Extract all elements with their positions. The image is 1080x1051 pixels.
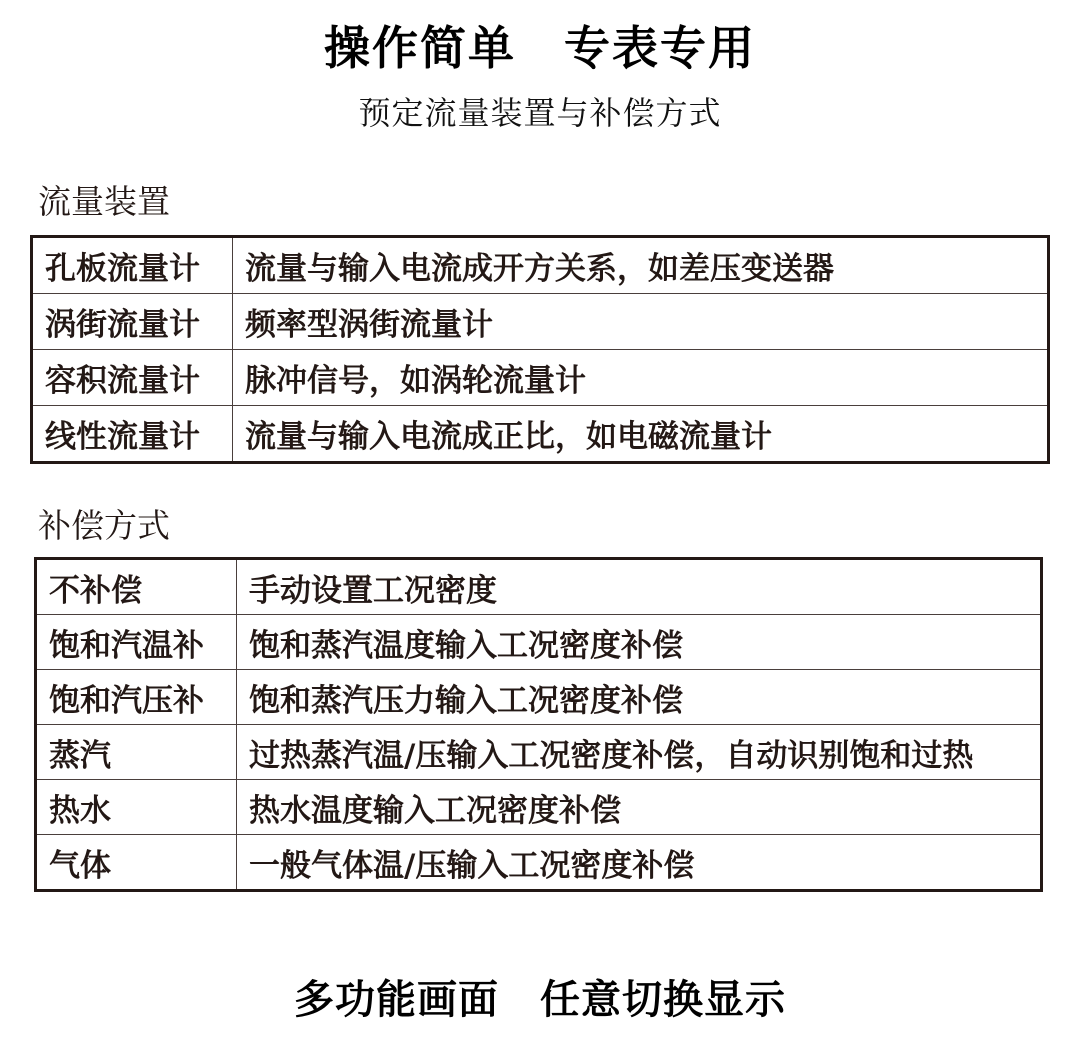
compensation-heading: 补偿方式 [38, 500, 170, 547]
table-row: 孔板流量计 流量与输入电流成开方关系，如差压变送器 [32, 237, 1049, 294]
mode-desc: 饱和蒸汽温度输入工况密度补偿 [237, 615, 1042, 670]
mode-name: 饱和汽温补 [36, 615, 237, 670]
mode-name: 不补偿 [36, 559, 237, 615]
device-name: 线性流量计 [32, 406, 233, 463]
mode-desc: 一般气体温/压输入工况密度补偿 [237, 835, 1042, 891]
table-row: 线性流量计 流量与输入电流成正比，如电磁流量计 [32, 406, 1049, 463]
mode-name: 饱和汽压补 [36, 670, 237, 725]
mode-desc: 手动设置工况密度 [237, 559, 1042, 615]
table-row: 不补偿 手动设置工况密度 [36, 559, 1042, 615]
device-desc: 流量与输入电流成开方关系，如差压变送器 [233, 237, 1049, 294]
mode-name: 热水 [36, 780, 237, 835]
device-name: 容积流量计 [32, 350, 233, 406]
device-desc: 流量与输入电流成正比，如电磁流量计 [233, 406, 1049, 463]
device-desc: 脉冲信号，如涡轮流量计 [233, 350, 1049, 406]
table-row: 热水 热水温度输入工况密度补偿 [36, 780, 1042, 835]
table-row: 饱和汽温补 饱和蒸汽温度输入工况密度补偿 [36, 615, 1042, 670]
table-row: 气体 一般气体温/压输入工况密度补偿 [36, 835, 1042, 891]
footer-title: 多功能画面 任意切换显示 [0, 968, 1080, 1025]
flow-devices-heading: 流量装置 [38, 176, 170, 223]
compensation-table: 不补偿 手动设置工况密度 饱和汽温补 饱和蒸汽温度输入工况密度补偿 饱和汽压补 … [34, 557, 1043, 892]
mode-name: 气体 [36, 835, 237, 891]
page-subtitle: 预定流量装置与补偿方式 [0, 88, 1080, 134]
table-row: 蒸汽 过热蒸汽温/压输入工况密度补偿，自动识别饱和过热 [36, 725, 1042, 780]
mode-desc: 过热蒸汽温/压输入工况密度补偿，自动识别饱和过热 [237, 725, 1042, 780]
table-row: 容积流量计 脉冲信号，如涡轮流量计 [32, 350, 1049, 406]
device-name: 涡街流量计 [32, 294, 233, 350]
mode-name: 蒸汽 [36, 725, 237, 780]
table-row: 饱和汽压补 饱和蒸汽压力输入工况密度补偿 [36, 670, 1042, 725]
page-title: 操作简单 专表专用 [0, 12, 1080, 78]
table-row: 涡街流量计 频率型涡街流量计 [32, 294, 1049, 350]
device-name: 孔板流量计 [32, 237, 233, 294]
flow-devices-table: 孔板流量计 流量与输入电流成开方关系，如差压变送器 涡街流量计 频率型涡街流量计… [30, 235, 1050, 464]
device-desc: 频率型涡街流量计 [233, 294, 1049, 350]
mode-desc: 热水温度输入工况密度补偿 [237, 780, 1042, 835]
mode-desc: 饱和蒸汽压力输入工况密度补偿 [237, 670, 1042, 725]
